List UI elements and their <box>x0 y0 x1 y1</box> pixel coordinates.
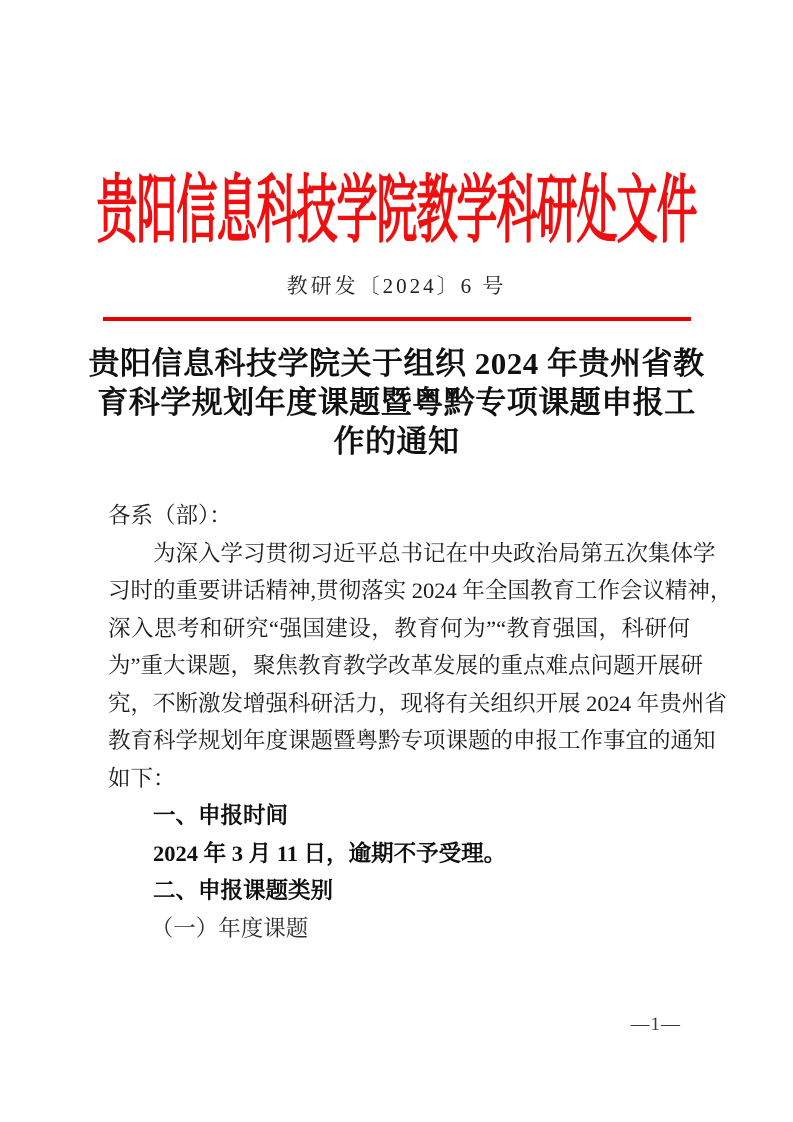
paragraph-line: 教育科学规划年度课题暨粤黔专项课题的申报工作事宜的通知 <box>108 722 690 760</box>
document-title-line: 作的通知 <box>48 422 745 461</box>
letterhead: 贵阳信息科技学院教学科研处文件 <box>0 150 793 209</box>
section-heading-application-time: 一、申报时间 <box>108 797 690 835</box>
page-number: —1— <box>631 1014 682 1036</box>
salutation: 各系（部）： <box>108 497 690 535</box>
paragraph-line: 习时的重要讲话精神,贯彻落实 2024 年全国教育工作会议精神， <box>108 572 690 610</box>
paragraph-line: 深入思考和研究“强国建设，教育何为”“教育强国，科研何 <box>108 610 690 648</box>
document-title-line: 育科学规划年度课题暨粤黔专项课题申报工 <box>48 383 745 422</box>
red-divider-line <box>103 317 691 321</box>
application-deadline: 2024 年 3 月 11 日，逾期不予受理。 <box>108 835 690 873</box>
document-page: 贵阳信息科技学院教学科研处文件 教研发〔2024〕6 号 贵阳信息科技学院关于组… <box>0 0 793 1122</box>
subsection-annual-topics: （一）年度课题 <box>108 910 690 948</box>
paragraph-line: 究，不断激发增强科研活力，现将有关组织开展 2024 年贵州省 <box>108 685 690 723</box>
section-heading-topic-categories: 二、申报课题类别 <box>108 872 690 910</box>
paragraph-line: 如下： <box>108 760 690 798</box>
document-number: 教研发〔2024〕6 号 <box>0 270 793 300</box>
paragraph-line: 为”重大课题，聚焦教育教学改革发展的重点难点问题开展研 <box>108 647 690 685</box>
document-title-line: 贵阳信息科技学院关于组织 2024 年贵州省教 <box>48 344 745 383</box>
paragraph-line: 为深入学习贯彻习近平总书记在中央政治局第五次集体学 <box>108 535 690 573</box>
letterhead-title: 贵阳信息科技学院教学科研处文件 <box>97 150 697 257</box>
document-body: 各系（部）： 为深入学习贯彻习近平总书记在中央政治局第五次集体学 习时的重要讲话… <box>108 497 690 947</box>
document-title: 贵阳信息科技学院关于组织 2024 年贵州省教 育科学规划年度课题暨粤黔专项课题… <box>48 344 745 461</box>
